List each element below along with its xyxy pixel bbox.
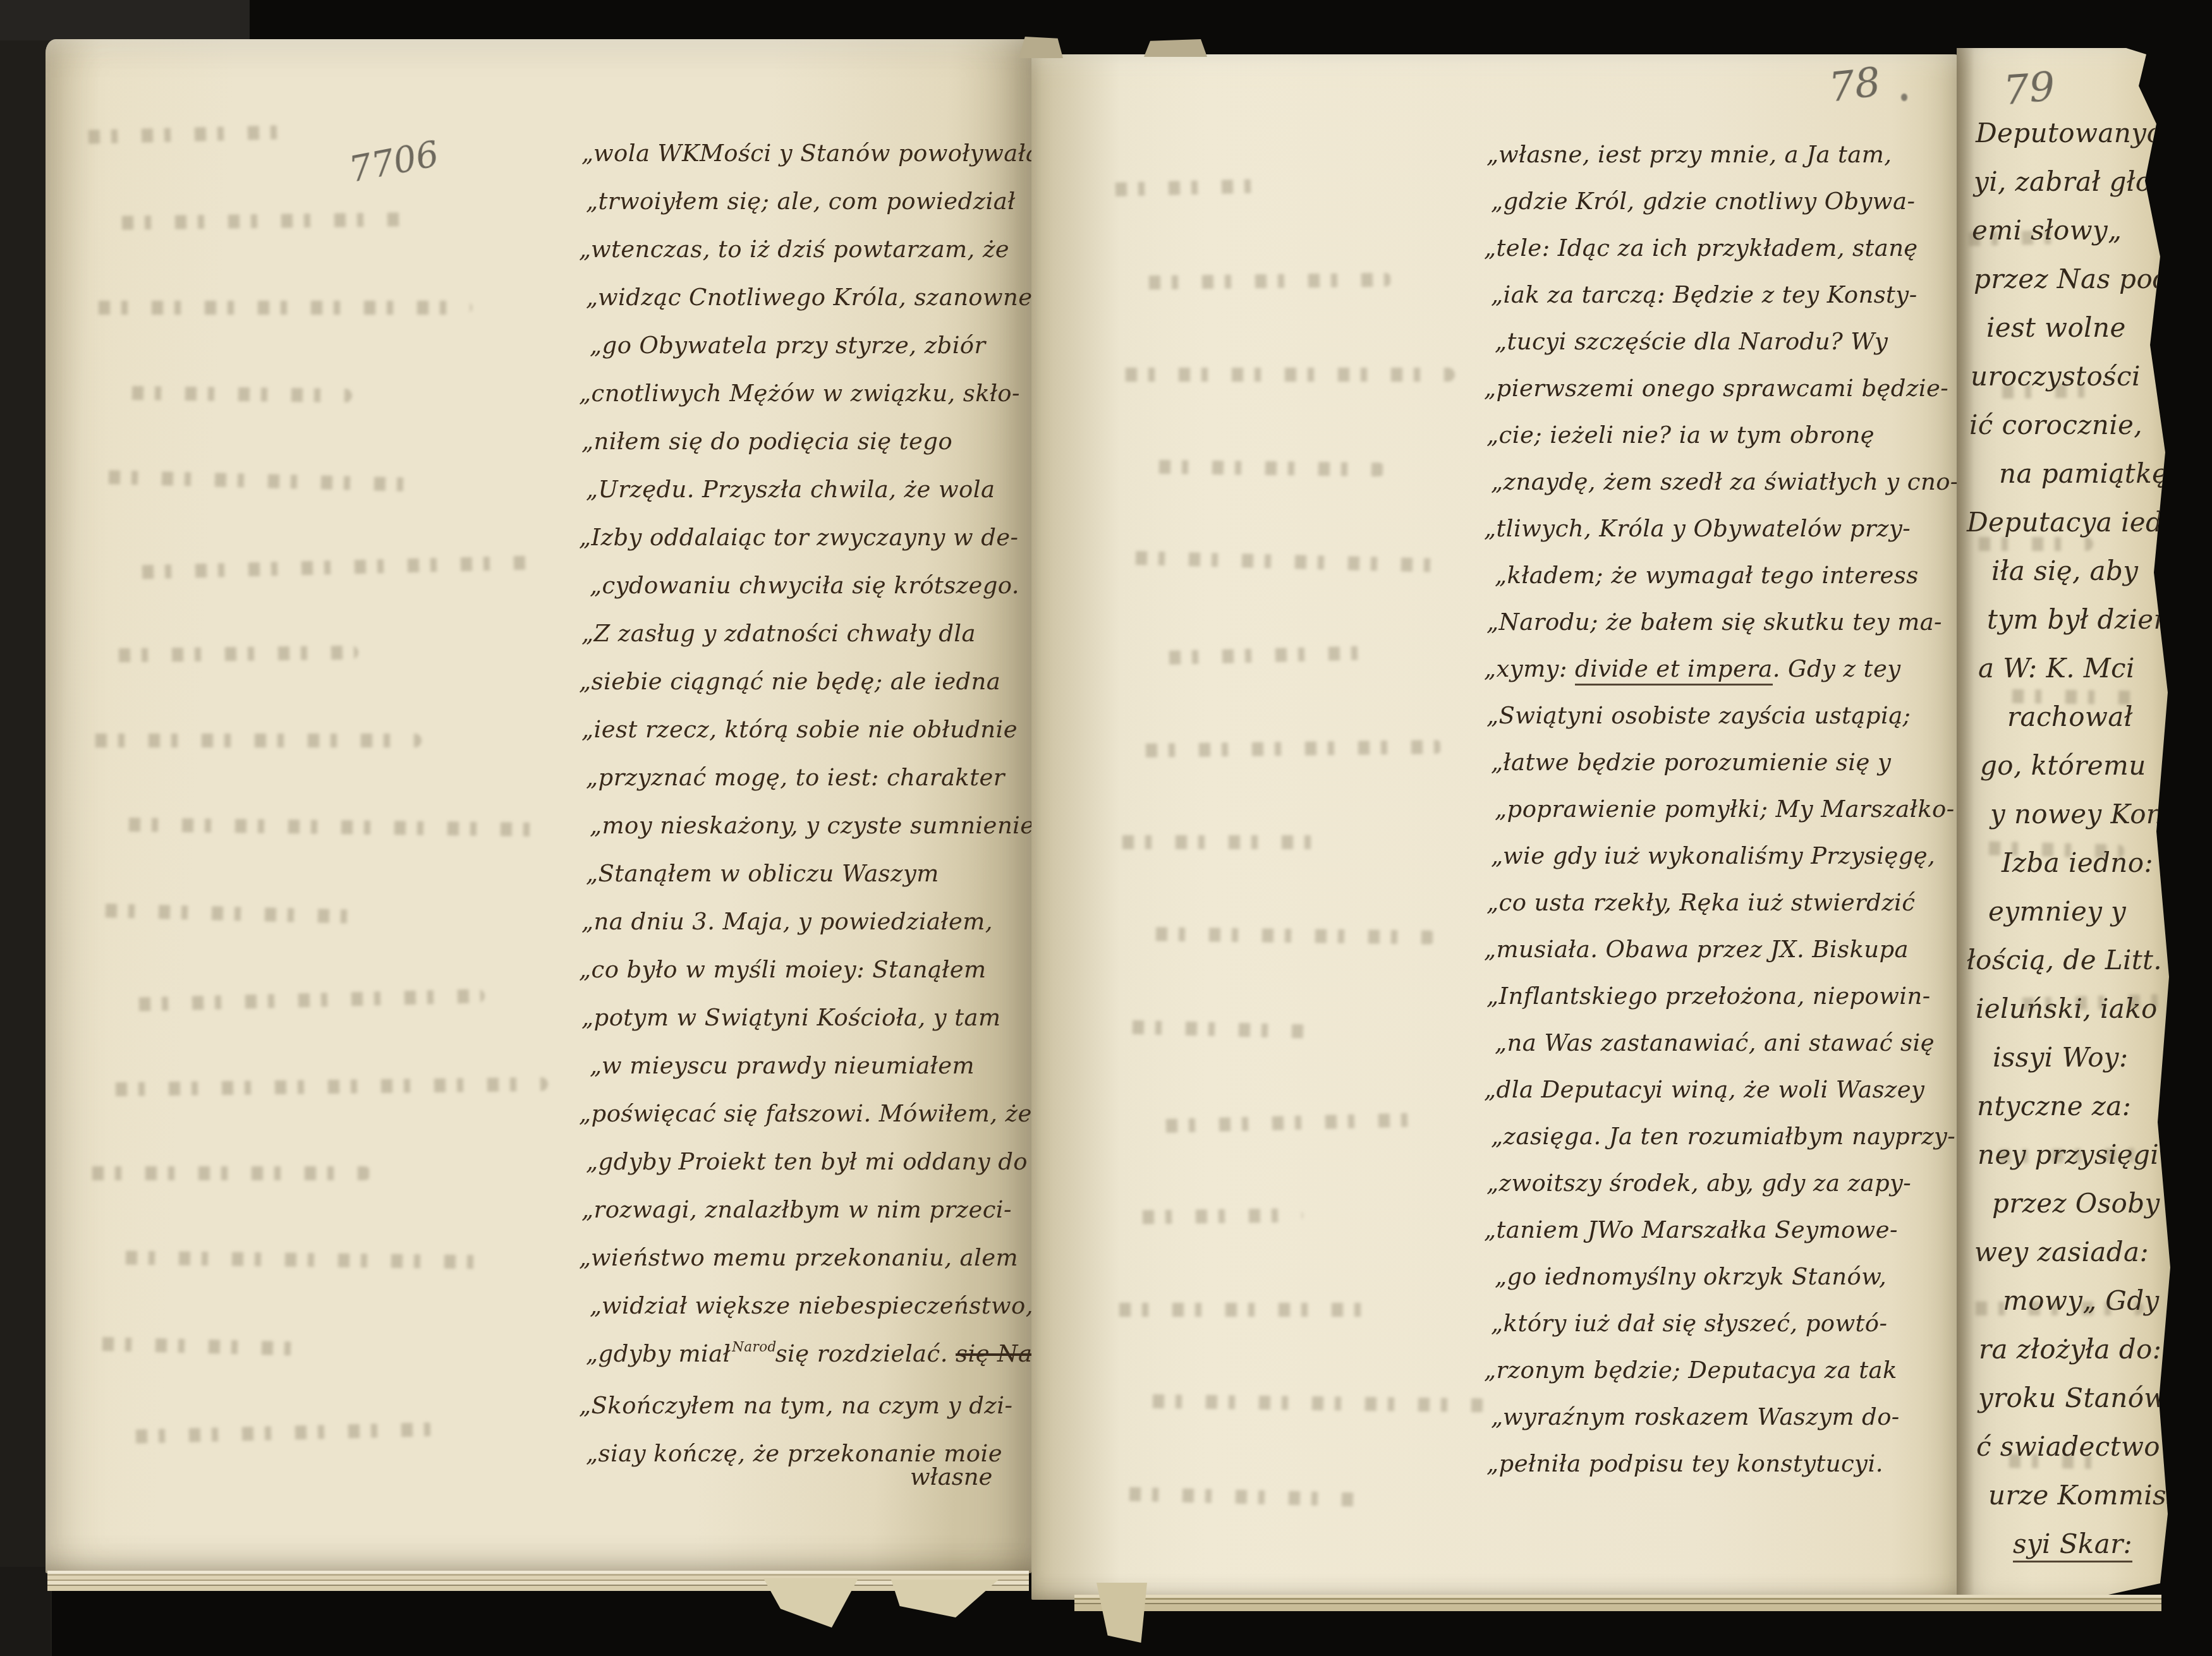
manuscript-line: ić corocznie,	[1969, 401, 2178, 449]
manuscript-line: „Izby oddalaiąc tor zwyczayny w de-	[579, 514, 1074, 562]
manuscript-line: „poświęcać się fałszowi. Mówiłem, że,	[579, 1090, 1074, 1138]
manuscript-text-segment: ney przysięgi	[1978, 1139, 2159, 1170]
manuscript-text-segment: „w mieyscu prawdy nieumiałem	[590, 1052, 975, 1079]
bleedthrough-line	[134, 555, 535, 579]
bleedthrough-line	[1145, 1394, 1486, 1413]
manuscript-line: „gdzie Król, gdzie cnotliwy Obywa-	[1491, 178, 1957, 225]
manuscript-text-segment: eymniey y	[1988, 896, 2126, 927]
manuscript-line: a W: K. Mci	[1967, 644, 2178, 692]
manuscript-text-segment: „co było w myśli moiey: Stanąłem	[579, 956, 987, 983]
manuscript-line: „trwoiyłem się; ale, com powiedział	[586, 178, 1074, 226]
manuscript-line: „niłem się do podięcia się tego	[581, 418, 1074, 466]
manuscript-text-segment: „musiała. Obawa przez JX. Biskupa	[1484, 936, 1909, 963]
manuscript-scan: 7706 „wola WKMości y Stanów powoływała,„…	[0, 0, 2212, 1656]
left-page: 7706 „wola WKMości y Stanów powoływała,„…	[46, 39, 1031, 1573]
manuscript-line: rachował	[1969, 692, 2178, 741]
manuscript-text-segment: „Inflantskiego przełożona, niepowin-	[1486, 982, 1931, 1010]
manuscript-line: „moy nieskażony, y czyste sumnienie.	[590, 802, 1074, 850]
manuscript-text-segment: „Narodu; że bałem się skutku tey ma-	[1486, 608, 1942, 636]
bleedthrough-line	[114, 212, 409, 230]
manuscript-line: ra złożyła do:	[1974, 1325, 2178, 1374]
bleedthrough-line	[1141, 273, 1392, 290]
manuscript-text-segment: „iak za tarczą: Będzie z tey Konsty-	[1491, 281, 1917, 308]
manuscript-text-segment: „poprawienie pomyłki; My Marszałko-	[1495, 795, 1955, 823]
manuscript-text-segment: na pamiątkę	[1999, 458, 2168, 489]
bleedthrough-line	[1117, 368, 1455, 382]
manuscript-line: „pierwszemi onego sprawcami będzie-	[1484, 365, 1957, 412]
manuscript-line: „co było w myśli moiey: Stanąłem	[579, 946, 1074, 994]
manuscript-text-segment: syi Skar:	[2013, 1528, 2132, 1562]
manuscript-text-segment: a W: K. Mci	[1978, 653, 2135, 684]
manuscript-text-segment: y nowey Kon:	[1990, 799, 2173, 830]
manuscript-text-segment: „Swiątyni osobiste zayścia ustąpią;	[1486, 702, 1911, 729]
manuscript-line: go, któremu	[1974, 741, 2178, 790]
manuscript-line: urze Kommiss	[1969, 1471, 2178, 1520]
manuscript-line: łością, de Litt.	[1967, 936, 2178, 984]
page-stack-edge-left	[47, 1571, 1029, 1591]
manuscript-line: „wie gdy iuż wykonaliśmy Przysięgę,	[1491, 833, 1957, 879]
page-number-78: 78	[1826, 59, 1883, 111]
bleedthrough-line	[1114, 835, 1316, 849]
manuscript-line: „wieństwo memu przekonaniu, alem	[579, 1234, 1074, 1282]
manuscript-line: „zwoitszy środek, aby, gdy za zapy-	[1486, 1160, 1957, 1207]
manuscript-text-segment: „niłem się do podięcia się tego	[581, 428, 952, 455]
manuscript-text-segment: „kładem; że wymagał tego interess	[1495, 562, 1919, 589]
manuscript-line: „Stanąłem w obliczu Waszym	[586, 850, 1074, 898]
scan-background-bottom	[0, 1567, 51, 1656]
manuscript-text-segment: „widział większe niebespieczeństwo,	[590, 1292, 1033, 1319]
manuscript-text-segment: „rozwagi, znalazłbym w nim przeci-	[581, 1196, 1012, 1223]
manuscript-line: syi Skar:	[1978, 1520, 2178, 1568]
manuscript-line: ney przysięgi	[1974, 1130, 2178, 1179]
manuscript-text-segment: „zwoitszy środek, aby, gdy za zapy-	[1486, 1169, 1911, 1197]
manuscript-line: „pełniła podpisu tey konstytucyi.	[1486, 1441, 1957, 1487]
manuscript-text-segment: „taniem JWo Marszałka Seymowe-	[1484, 1216, 1898, 1243]
manuscript-text-segment: Deputacya ied:	[1967, 507, 2172, 538]
manuscript-line: y nowey Kon:	[1978, 790, 2178, 838]
bleedthrough-line	[1107, 179, 1272, 196]
manuscript-line: „cie; ieżeli nie? ia w tym obronę	[1486, 412, 1957, 459]
manuscript-text-segment: divide et impera	[1575, 655, 1773, 686]
manuscript-text-segment: ra złożyła do:	[1979, 1334, 2161, 1365]
manuscript-line: „siay kończę, że przekonanie moie	[586, 1430, 1074, 1478]
manuscript-text-segment: przez Nas pod:	[1974, 263, 2179, 294]
page-number-79: 79	[2002, 64, 2057, 114]
manuscript-text-segment: wey zasiada:	[1974, 1236, 2149, 1267]
manuscript-text-segment: „zasięga. Ja ten rozumiałbym nayprzy-	[1491, 1123, 1955, 1150]
manuscript-text-segment: „gdyby Proiekt ten był mi oddany do	[586, 1148, 1028, 1175]
manuscript-text-segment: „łatwe będzie porozumienie się y	[1491, 749, 1891, 776]
manuscript-text-segment: „znaydę, żem szedł za światłych y cno-	[1491, 468, 1959, 495]
manuscript-line: „cnotliwych Mężów w związku, skło-	[579, 370, 1074, 418]
manuscript-text-segment: yroku Stanów	[1978, 1382, 2167, 1413]
manuscript-text-segment: iest wolne	[1986, 312, 2126, 343]
manuscript-line: „wtenczas, to iż dziś powtarzam, że	[579, 226, 1074, 274]
manuscript-line: „Narodu; że bałem się skutku tey ma-	[1486, 599, 1957, 646]
manuscript-text-segment: . Gdy z tey	[1773, 655, 1901, 682]
page-stack-edge-right	[1074, 1595, 2161, 1611]
manuscript-line: ntyczne za:	[1967, 1082, 2178, 1130]
manuscript-line: uroczystości	[1967, 352, 2178, 401]
manuscript-text-segment: „wie gdy iuż wykonaliśmy Przysięgę,	[1491, 842, 1935, 869]
manuscript-line: tym był dzień	[1969, 595, 2178, 644]
manuscript-line: wey zasiada:	[1967, 1228, 2178, 1276]
manuscript-line: iła się, aby	[1978, 547, 2178, 595]
manuscript-line: yroku Stanów	[1967, 1374, 2178, 1422]
manuscript-text-segment: „Skończyłem na tym, na czym y dzi-	[579, 1392, 1012, 1419]
manuscript-line: „przyznać mogę, to iest: charakter	[586, 754, 1074, 802]
manuscript-text-segment: „cnotliwych Mężów w związku, skło-	[579, 380, 1020, 407]
manuscript-line: „zasięga. Ja ten rozumiałbym nayprzy-	[1491, 1113, 1957, 1160]
manuscript-text-segment: „na Was zastanawiać, ani stawać się	[1495, 1029, 1935, 1056]
right-page-text-column: „własne, iest przy mnie, a Ja tam,„gdzie…	[1486, 131, 1957, 1487]
pencil-dot	[1901, 94, 1907, 101]
manuscript-text-segment: „co usta rzekły, Ręka iuż stwierdzić	[1486, 889, 1915, 916]
manuscript-text-segment: yi, zabrał głos	[1974, 166, 2165, 197]
manuscript-line: yi, zabrał głos	[1974, 157, 2178, 206]
manuscript-text-segment: „wtenczas, to iż dziś powtarzam, że	[579, 236, 1009, 263]
manuscript-text-segment: „cydowaniu chwyciła się krótszego.	[590, 572, 1019, 599]
manuscript-text-segment: „rzonym będzie; Deputacya za tak	[1484, 1357, 1897, 1384]
manuscript-line: „poprawienie pomyłki; My Marszałko-	[1495, 786, 1957, 833]
manuscript-line: „Swiątyni osobiste zayścia ustąpią;	[1486, 692, 1957, 739]
bleedthrough-line	[124, 386, 352, 402]
manuscript-text-segment: „widząc Cnotliwego Króla, szanowne-	[586, 284, 1041, 311]
manuscript-text-segment: Narod	[732, 1324, 776, 1372]
manuscript-text-segment: issyi Woy:	[1993, 1042, 2129, 1073]
manuscript-text-segment: ć swiadectwo	[1976, 1431, 2160, 1462]
manuscript-line: „w mieyscu prawdy nieumiałem	[590, 1042, 1074, 1090]
manuscript-line: „wyraźnym roskazem Waszym do-	[1491, 1394, 1957, 1441]
manuscript-text-segment: „dla Deputacyi winą, że woli Waszey	[1484, 1076, 1924, 1103]
manuscript-line: „który iuż dał się słyszeć, powtó-	[1491, 1300, 1957, 1347]
manuscript-text-segment: „własne, iest przy mnie, a Ja tam,	[1486, 141, 1892, 168]
manuscript-line: „rozwagi, znalazłbym w nim przeci-	[581, 1186, 1074, 1234]
manuscript-text-segment: „trwoiyłem się; ale, com powiedział	[586, 188, 1016, 215]
manuscript-text-segment: „gdyby miał	[586, 1340, 731, 1367]
manuscript-line: przez Nas pod:	[1974, 255, 2178, 303]
manuscript-line: „własne, iest przy mnie, a Ja tam,	[1486, 131, 1957, 178]
manuscript-text-segment: „potym w Swiątyni Kościoła, y tam	[581, 1004, 1000, 1031]
manuscript-text-segment: emi słowy„	[1972, 215, 2122, 246]
manuscript-line: „Z zasług y zdatności chwały dla	[581, 610, 1074, 658]
manuscript-line: „widział większe niebespieczeństwo,	[590, 1282, 1074, 1330]
scan-background-top	[0, 0, 250, 40]
bleedthrough-line	[100, 470, 415, 492]
manuscript-text-segment: „przyznać mogę, to iest: charakter	[586, 764, 1005, 791]
bleedthrough-line	[121, 818, 542, 837]
manuscript-text-segment: „wola WKMości y Stanów powoływała,	[581, 140, 1048, 167]
manuscript-line: „taniem JWo Marszałka Seymowe-	[1484, 1207, 1957, 1254]
manuscript-line: iest wolne	[1978, 303, 2178, 352]
manuscript-text-segment: „go Obywatela przy styrze, zbiór	[590, 332, 986, 359]
manuscript-line: „łatwe będzie porozumienie się y	[1491, 739, 1957, 786]
bleedthrough-line	[1134, 1208, 1303, 1224]
manuscript-text-segment: „tele: Idąc za ich przykładem, stanę	[1484, 234, 1918, 262]
manuscript-line: „tucyi szczęście dla Narodu? Wy	[1495, 318, 1957, 365]
bleedthrough-line	[1138, 740, 1442, 758]
bleedthrough-line	[1148, 927, 1436, 945]
manuscript-text-segment: „wyraźnym roskazem Waszym do-	[1491, 1403, 1900, 1430]
manuscript-text-segment: przez Osoby	[1992, 1188, 2160, 1219]
manuscript-line: „iest rzecz, którą sobie nie obłudnie	[581, 706, 1074, 754]
bleedthrough-line	[107, 1077, 548, 1097]
manuscript-line: „gdyby miałNarodsię rozdzielać. się Naró…	[586, 1330, 1074, 1382]
manuscript-text-segment: uroczystości	[1971, 361, 2141, 392]
bleedthrough-line	[97, 904, 365, 924]
manuscript-line: „na Was zastanawiać, ani stawać się	[1495, 1020, 1957, 1067]
bleedthrough-line	[1121, 1487, 1360, 1506]
bleedthrough-line	[128, 1422, 434, 1444]
manuscript-line: na pamiątkę	[1974, 449, 2178, 498]
margin-folio-number: 7706	[346, 133, 442, 191]
manuscript-line: „Skończyłem na tym, na czym y dzi-	[579, 1382, 1074, 1430]
manuscript-line: „tliwych, Króla y Obywatelów przy-	[1484, 505, 1957, 552]
manuscript-text-segment: „Izby oddalaiąc tor zwyczayny w de-	[579, 524, 1018, 551]
bleedthrough-line	[118, 1250, 491, 1269]
manuscript-text-segment: „tucyi szczęście dla Narodu? Wy	[1495, 328, 1888, 355]
edge-page-text-fragments: Deputowanychyi, zabrał głosemi słowy„prz…	[1969, 109, 2178, 1568]
manuscript-line: „tele: Idąc za ich przykładem, stanę	[1484, 225, 1957, 272]
paper-tab	[1144, 39, 1207, 57]
manuscript-text-segment: „na dniu 3. Maja, y powiedziałem,	[581, 908, 993, 935]
bleedthrough-line	[1161, 646, 1379, 665]
bleedthrough-line	[131, 989, 485, 1012]
manuscript-text-segment: Deputowanych	[1976, 118, 2179, 148]
manuscript-line: „musiała. Obawa przez JX. Biskupa	[1484, 926, 1957, 973]
left-page-text-column: „wola WKMości y Stanów powoływała,„trwoi…	[581, 130, 1074, 1478]
manuscript-line: „znaydę, żem szedł za światłych y cno-	[1491, 459, 1957, 505]
manuscript-line: „rzonym będzie; Deputacya za tak	[1484, 1347, 1957, 1394]
manuscript-text-segment: „siebie ciągnąć nie będę; ale iedna	[579, 668, 1000, 695]
manuscript-line: „Urzędu. Przyszła chwila, że wola	[586, 466, 1074, 514]
bleedthrough-line	[1127, 551, 1449, 572]
manuscript-line: „go Obywatela przy styrze, zbiór	[590, 322, 1074, 370]
manuscript-text-segment: „poświęcać się fałszowi. Mówiłem, że,	[579, 1100, 1040, 1127]
manuscript-line: mowy„ Gdy	[1978, 1276, 2178, 1325]
manuscript-text-segment: łością, de Litt.	[1967, 945, 2162, 976]
manuscript-text-segment: rachował	[2007, 701, 2133, 732]
manuscript-line: Izba iedno:	[1974, 838, 2178, 887]
manuscript-line: „potym w Swiątyni Kościoła, y tam	[581, 994, 1074, 1042]
manuscript-text-segment: Izba iedno:	[2002, 847, 2153, 878]
manuscript-text-segment: tym był dzień	[1987, 604, 2171, 635]
manuscript-text-segment: ntyczne za:	[1977, 1091, 2131, 1121]
manuscript-line: ieluński, iako	[1969, 984, 2178, 1033]
manuscript-line: „siebie ciągnąć nie będę; ale iedna	[579, 658, 1074, 706]
manuscript-line: „na dniu 3. Maja, y powiedziałem,	[581, 898, 1074, 946]
right-page: 78 „własne, iest przy mnie, a Ja tam,„gd…	[1031, 54, 1962, 1600]
scan-background-left	[0, 0, 52, 1656]
manuscript-text-segment: „moy nieskażony, y czyste sumnienie.	[590, 812, 1042, 839]
manuscript-line: „co usta rzekły, Ręka iuż stwierdzić	[1486, 879, 1957, 926]
manuscript-line: „go iednomyślny okrzyk Stanów,	[1495, 1254, 1957, 1300]
bleedthrough-line	[80, 125, 289, 144]
manuscript-text-segment: iła się, aby	[1991, 555, 2138, 586]
manuscript-line: eymniey y	[1969, 887, 2178, 936]
manuscript-text-segment: „iest rzecz, którą sobie nie obłudnie	[581, 716, 1018, 743]
bleedthrough-line	[1124, 1020, 1310, 1038]
manuscript-text-segment: „który iuż dał się słyszeć, powtó-	[1491, 1310, 1887, 1337]
manuscript-text-segment: „Stanąłem w obliczu Waszym	[586, 860, 939, 887]
manuscript-text-segment: mowy„ Gdy	[2003, 1285, 2160, 1316]
manuscript-text-segment: go, któremu	[1980, 750, 2146, 781]
manuscript-line: issyi Woy:	[1978, 1033, 2178, 1082]
manuscript-line: przez Osoby	[1969, 1179, 2178, 1228]
manuscript-line: „iak za tarczą: Będzie z tey Konsty-	[1491, 272, 1957, 318]
manuscript-line: „Inflantskiego przełożona, niepowin-	[1486, 973, 1957, 1020]
manuscript-line: „xymy: divide et impera. Gdy z tey	[1484, 646, 1957, 692]
manuscript-line: „widząc Cnotliwego Króla, szanowne-	[586, 274, 1074, 322]
manuscript-text-segment: „go iednomyślny okrzyk Stanów,	[1495, 1263, 1887, 1290]
manuscript-text-segment: „pierwszemi onego sprawcami będzie-	[1484, 375, 1948, 402]
manuscript-text-segment: ić corocznie,	[1969, 409, 2142, 440]
manuscript-text-segment: „pełniła podpisu tey konstytucyi.	[1486, 1450, 1883, 1477]
bleedthrough-line	[111, 646, 358, 663]
bleedthrough-line	[90, 301, 472, 315]
paper-shred	[891, 1580, 999, 1617]
manuscript-line: emi słowy„	[1967, 206, 2178, 255]
manuscript-text-segment: „Z zasług y zdatności chwały dla	[581, 620, 976, 647]
bleedthrough-line	[87, 734, 422, 747]
manuscript-text-segment: ieluński, iako	[1976, 993, 2158, 1024]
manuscript-line: „dla Deputacyi winą, że woli Waszey	[1484, 1067, 1957, 1113]
bleedthrough-line	[84, 1166, 371, 1180]
manuscript-text-segment: „xymy:	[1484, 655, 1575, 682]
bleedthrough-line	[1158, 1113, 1430, 1133]
manuscript-text-segment: „tliwych, Króla y Obywatelów przy-	[1484, 515, 1911, 542]
manuscript-text-segment: „cie; ieżeli nie? ia w tym obronę	[1486, 421, 1875, 449]
paper-shred	[1097, 1583, 1147, 1643]
manuscript-text-segment: się rozdzielać.	[775, 1340, 956, 1367]
bleedthrough-line	[94, 1337, 314, 1356]
manuscript-line: Deputowanych	[1969, 109, 2178, 157]
edge-page-79: 79 Deputowanychyi, zabrał głosemi słowy„…	[1957, 48, 2174, 1595]
manuscript-line: Deputacya ied:	[1967, 498, 2178, 547]
manuscript-line: „cydowaniu chwyciła się krótszego.	[590, 562, 1074, 610]
manuscript-line: „wola WKMości y Stanów powoływała,	[581, 130, 1074, 178]
bleedthrough-line	[1151, 460, 1385, 477]
manuscript-line: „gdyby Proiekt ten był mi oddany do	[586, 1138, 1074, 1186]
manuscript-text-segment: „wieństwo memu przekonaniu, alem	[579, 1244, 1018, 1271]
manuscript-text-segment: „Urzędu. Przyszła chwila, że wola	[586, 476, 995, 503]
manuscript-text-segment: urze Kommiss	[1988, 1480, 2180, 1511]
bleedthrough-line	[1111, 1303, 1366, 1317]
manuscript-text-segment: „gdzie Król, gdzie cnotliwy Obywa-	[1491, 188, 1915, 215]
manuscript-line: ć swiadectwo	[1974, 1422, 2178, 1471]
paper-shred	[763, 1578, 858, 1628]
catchword: własne	[910, 1463, 992, 1490]
paper-tab	[1019, 37, 1063, 58]
manuscript-line: „kładem; że wymagał tego interess	[1495, 552, 1957, 599]
